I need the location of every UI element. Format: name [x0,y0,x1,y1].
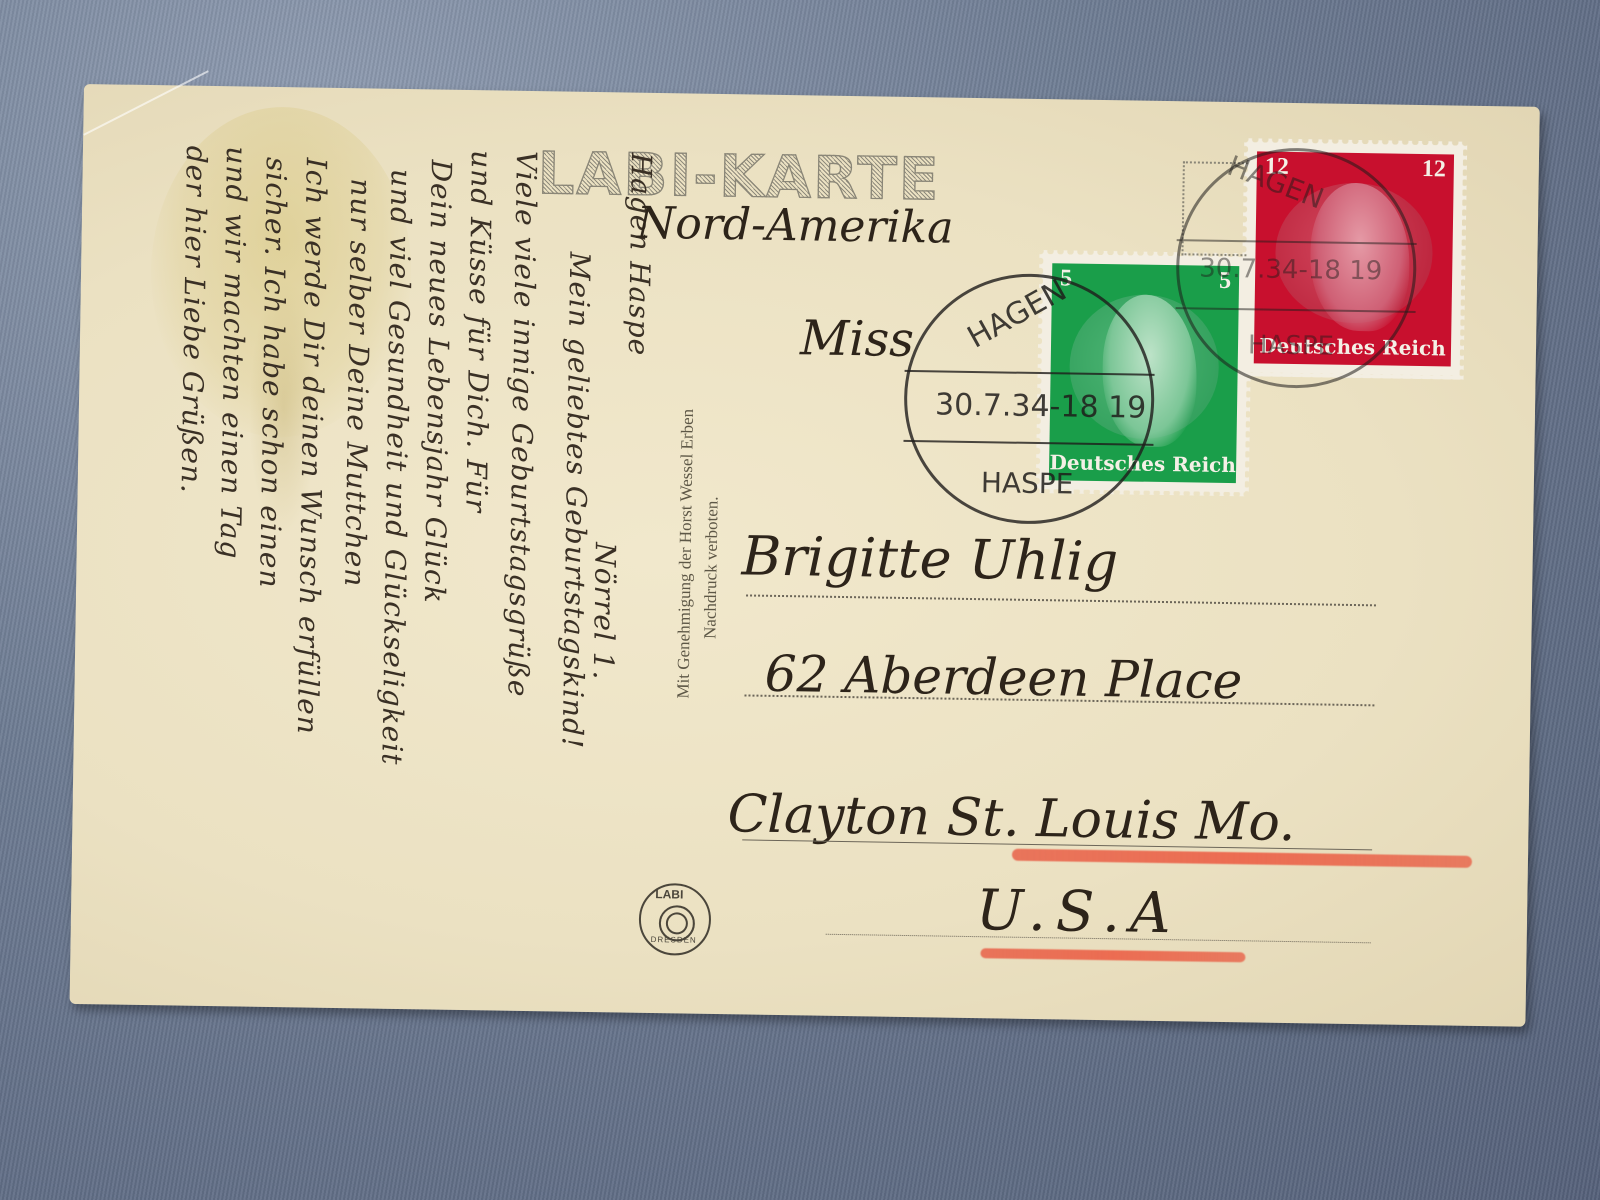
postmark-bar [1177,239,1417,245]
recipient-name: Brigitte Uhlig [741,524,1118,593]
message-line: Hagen Haspe [622,153,658,357]
logo-top-text: LABI [655,887,683,901]
postmark-city-top: HAGEN [962,273,1073,356]
postmark-city-top: HAGEN [1223,149,1328,216]
postmark-city-bottom: HASPE [981,466,1074,500]
message-line: Viele viele innige Geburtstagsgrüße [501,151,543,698]
postmark-bar [903,440,1153,446]
postcard: LABI-KARTE Mit Genehmigung der Horst Wes… [70,84,1540,1027]
publisher-logo: LABI DRESDEN [638,883,711,956]
message-line: und Küsse für Dich. Für [459,150,498,513]
red-crayon-underline-2 [980,948,1245,962]
stamp-value-right: 12 [1422,156,1446,183]
salutation: Miss [800,310,915,368]
copyright-notice: Mit Genehmigung der Horst Wessel Erben N… [670,409,727,699]
message-line: nur selber Deine Muttchen [338,178,377,587]
postmark-date: 30.7.34-18 19 [935,387,1147,425]
red-crayon-underline [1012,849,1472,868]
postmark-bar [905,370,1155,376]
postmark-city-bottom: HASPE [1248,330,1334,361]
corner-crease [83,70,209,136]
message-line: Dein neues Lebensjahr Glück [418,159,458,604]
message-line: und wir machten einen Tag [214,146,253,559]
postmark-date: 30.7.34-18 19 [1199,254,1383,287]
message-line: Nörrel 1. [587,542,622,681]
destination-region: Nord-Amerika [636,198,953,254]
postmark-bar [1176,307,1416,313]
copyright-line-1: Mit Genehmigung der Horst Wessel Erben [670,409,701,699]
copyright-line-2: Nachdruck verboten. [696,409,727,699]
logo-bottom-text: DRESDEN [651,935,697,945]
message-line: sicher. Ich habe schon einen [253,157,293,589]
address-line-1 [746,594,1376,606]
message-line: der hier Liebe Grüßen. [175,146,213,495]
